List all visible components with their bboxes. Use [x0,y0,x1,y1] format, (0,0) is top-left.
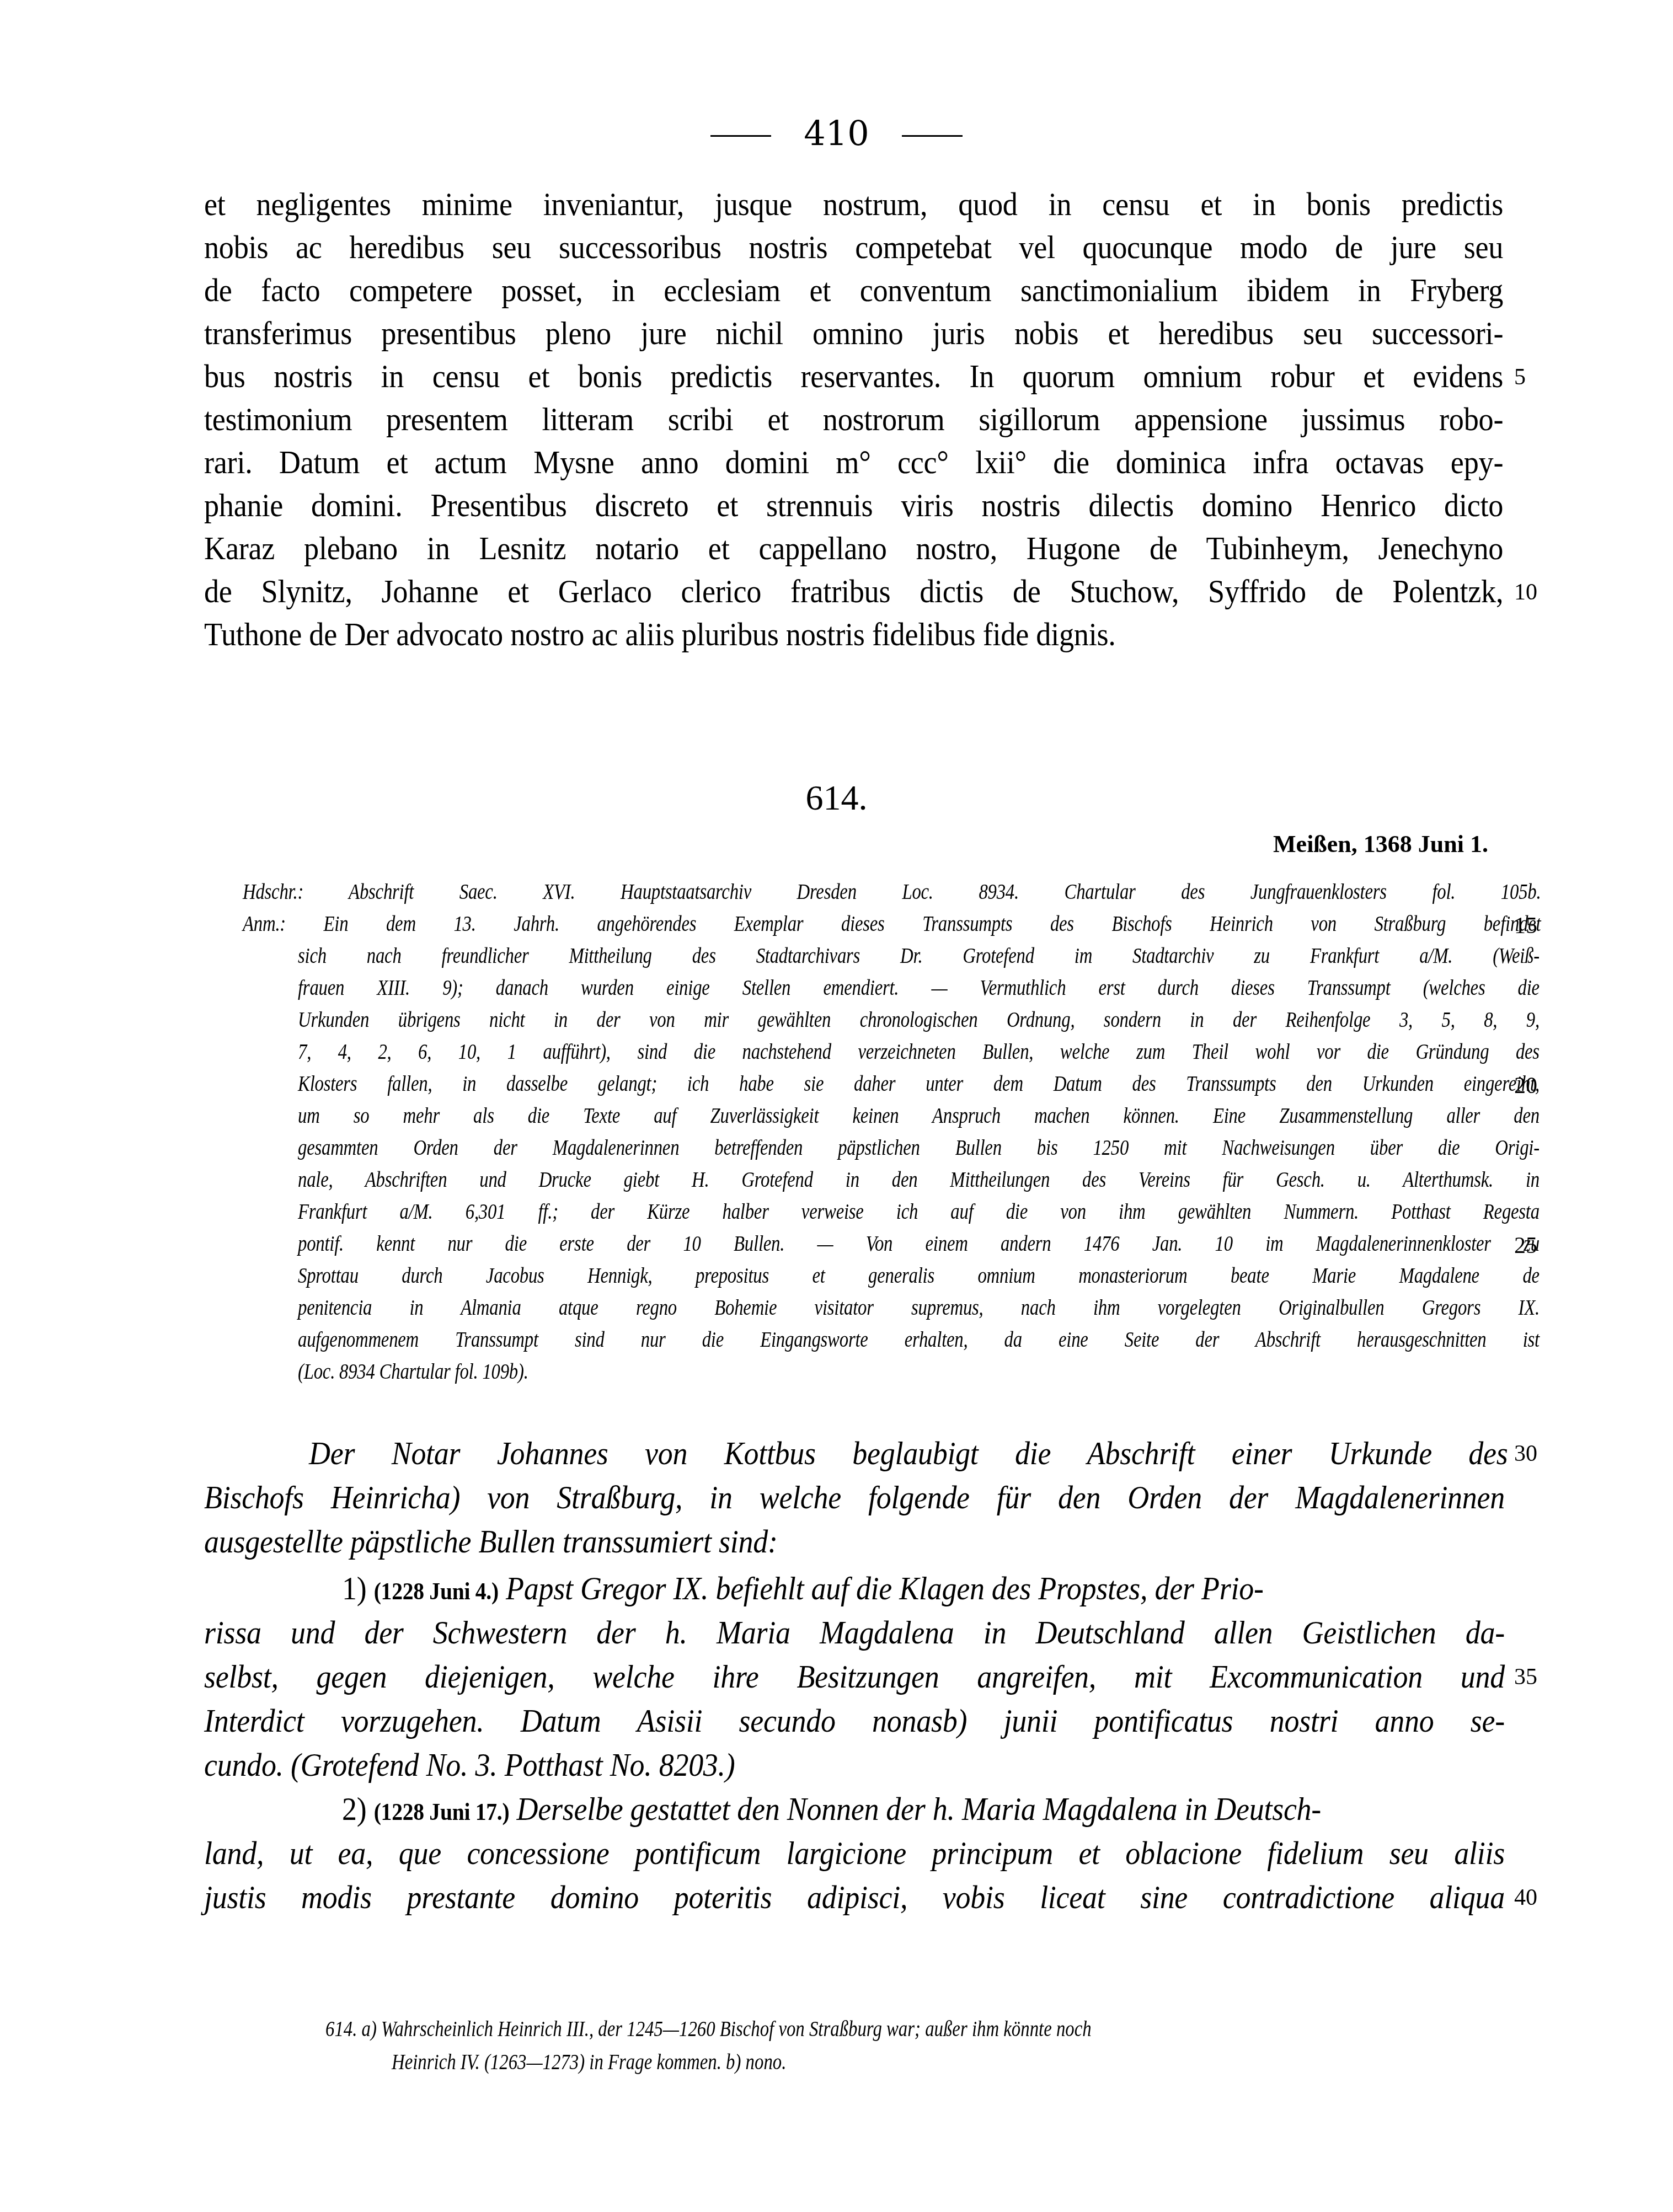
bull-first-line: 1) (1228 Juni 4.) Papst Gregor IX. befie… [342,1569,1511,1611]
apparatus-line: Anm.: Ein dem 13. Jahrh. angehörendes Ex… [243,910,1541,938]
bull-date: (1228 Juni 17.) [374,1798,510,1825]
bull-line: land, ut ea, que concessione pontificum … [204,1834,1505,1872]
line-number: 40 [1514,1884,1537,1911]
footnote-line: Heinrich IV. (1263—1273) in Frage kommen… [392,2049,786,2075]
bull-line: cundo. (Grotefend No. 3. Potthast No. 82… [204,1745,1505,1784]
apparatus-line: pontif. kennt nur die erste der 10 Bulle… [298,1230,1540,1257]
apparatus-line: (Loc. 8934 Chartular fol. 109b). [298,1358,1540,1385]
bull-text: Derselbe gestattet den Nonnen der h. Mar… [517,1791,1321,1827]
text-line: phanie domini. Presentibus discreto et s… [204,486,1503,524]
line-number: 5 [1514,364,1526,390]
apparatus-line: frauen XIII. 9); danach wurden einige St… [298,974,1540,1001]
bull-text: Papst Gregor IX. befiehlt auf die Klagen… [506,1570,1264,1606]
apparatus-line: penitencia in Almania atque regno Bohemi… [298,1294,1540,1321]
apparatus-line: sich nach freundlicher Mittheilung des S… [298,942,1540,970]
line-number: 25 [1514,1233,1537,1259]
document-number: 614. [0,778,1673,818]
bull-line: selbst, gegen diejenigen, welche ihre Be… [204,1657,1505,1696]
text-line: et negligentes minime inveniantur, jusqu… [204,185,1503,223]
apparatus-line: nale, Abschriften und Drucke giebt H. Gr… [298,1166,1540,1193]
apparatus-line: Hdschr.: Abschrift Saec. XVI. Hauptstaat… [243,878,1541,906]
regest-line: ausgestellte päpstliche Bullen transsumi… [204,1522,1505,1561]
document-place-date: Meißen, 1368 Juni 1. [1273,830,1488,858]
apparatus-line: 7, 4, 2, 6, 10, 1 aufführt), sind die na… [298,1038,1540,1065]
apparatus-line: gesammten Orden der Magdalenerinnen betr… [298,1134,1540,1161]
page-number: 410 [804,113,869,153]
text-line: nobis ac heredibus seu successoribus nos… [204,228,1503,266]
bull-line: justis modis prestante domino poteritis … [204,1878,1505,1916]
bull-line: rissa und der Schwestern der h. Maria Ma… [204,1613,1505,1652]
text-line: Karaz plebano in Lesnitz notario et capp… [204,529,1503,567]
bull-first-line: 2) (1228 Juni 17.) Derselbe gestattet de… [342,1790,1511,1831]
bull-date: (1228 Juni 4.) [374,1578,499,1605]
text-line: Tuthone de Der advocato nostro ac aliis … [204,615,1503,654]
apparatus-line: um so mehr als die Texte auf Zuverlässig… [298,1102,1540,1129]
bull-line: Interdict vorzugehen. Datum Asisii secun… [204,1701,1505,1740]
line-number: 30 [1514,1440,1537,1467]
text-line: de facto competere posset, in ecclesiam … [204,271,1503,309]
header-rule-right [902,135,963,137]
regest-line: Bischofs Heinricha) von Straßburg, in we… [204,1478,1505,1517]
text-line: de Slynitz, Johanne et Gerlaco clerico f… [204,572,1503,610]
footnote-line: 614. a) Wahrscheinlich Heinrich III., de… [325,2016,1092,2042]
apparatus-line: Sprottau durch Jacobus Hennigk, preposit… [298,1262,1540,1289]
line-number: 35 [1514,1664,1537,1690]
line-number: 20 [1514,1073,1537,1099]
text-line: testimonium presentem litteram scribi et… [204,400,1503,438]
apparatus-line: Frankfurt a/M. 6,301 ff.; der Kürze halb… [298,1198,1540,1225]
bull-index: 1) [342,1570,366,1606]
line-number: 10 [1514,579,1537,606]
apparatus-line: Klosters fallen, in dasselbe gelangt; ic… [298,1070,1540,1097]
apparatus-line: Urkunden übrigens nicht in der von mir g… [298,1006,1540,1033]
line-number: 15 [1514,913,1537,939]
regest-line: Der Notar Johannes von Kottbus beglaubig… [309,1434,1508,1472]
page-header: 410 [0,113,1673,153]
text-line: transferimus presentibus pleno jure nich… [204,314,1503,352]
apparatus-line: aufgenommenem Transsumpt sind nur die Ei… [298,1326,1540,1353]
header-rule-left [710,135,771,137]
text-line: bus nostris in censu et bonis predictis … [204,357,1503,395]
bull-index: 2) [342,1791,366,1827]
text-line: rari. Datum et actum Mysne anno domini m… [204,443,1503,481]
